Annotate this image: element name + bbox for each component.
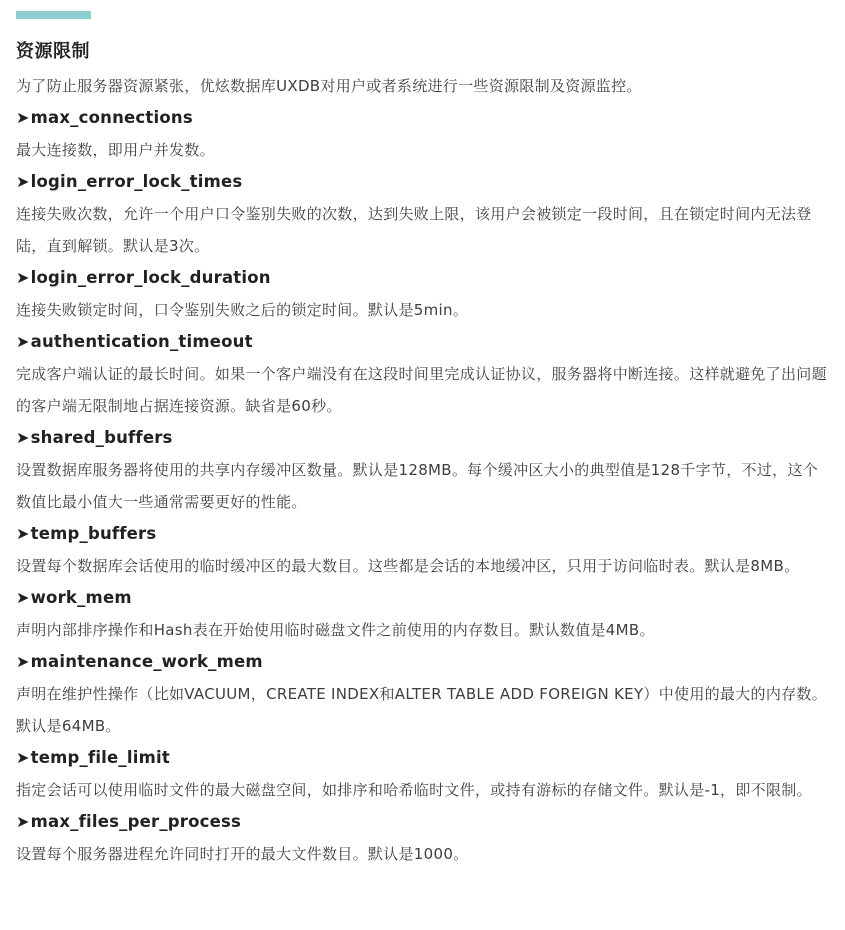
arrow-bullet-icon: ➤ bbox=[16, 262, 30, 294]
param-heading: ➤temp_file_limit bbox=[16, 742, 828, 774]
content: 为了防止服务器资源紧张，优炫数据库UXDB对用户或者系统进行一些资源限制及资源监… bbox=[16, 70, 828, 870]
arrow-bullet-icon: ➤ bbox=[16, 326, 30, 358]
param-name: login_error_lock_duration bbox=[31, 268, 271, 287]
param-block-login-error-lock-times: ➤login_error_lock_times 连接失败次数，允许一个用户口令鉴… bbox=[16, 166, 828, 262]
param-description: 指定会话可以使用临时文件的最大磁盘空间，如排序和哈希临时文件，或持有游标的存储文… bbox=[16, 774, 828, 806]
param-description: 完成客户端认证的最长时间。如果一个客户端没有在这段时间里完成认证协议，服务器将中… bbox=[16, 358, 828, 422]
param-block-work-mem: ➤work_mem 声明内部排序操作和Hash表在开始使用临时磁盘文件之前使用的… bbox=[16, 582, 828, 646]
param-block-shared-buffers: ➤shared_buffers 设置数据库服务器将使用的共享内存缓冲区数量。默认… bbox=[16, 422, 828, 518]
param-description: 设置数据库服务器将使用的共享内存缓冲区数量。默认是128MB。每个缓冲区大小的典… bbox=[16, 454, 828, 518]
param-block-maintenance-work-mem: ➤maintenance_work_mem 声明在维护性操作（比如VACUUM，… bbox=[16, 646, 828, 742]
arrow-bullet-icon: ➤ bbox=[16, 582, 30, 614]
param-heading: ➤shared_buffers bbox=[16, 422, 828, 454]
param-description: 最大连接数，即用户并发数。 bbox=[16, 134, 828, 166]
param-name: temp_file_limit bbox=[31, 748, 170, 767]
param-heading: ➤max_connections bbox=[16, 102, 828, 134]
param-block-max-connections: ➤max_connections 最大连接数，即用户并发数。 bbox=[16, 102, 828, 166]
param-block-temp-buffers: ➤temp_buffers 设置每个数据库会话使用的临时缓冲区的最大数目。这些都… bbox=[16, 518, 828, 582]
arrow-bullet-icon: ➤ bbox=[16, 742, 30, 774]
arrow-bullet-icon: ➤ bbox=[16, 518, 30, 550]
arrow-bullet-icon: ➤ bbox=[16, 646, 30, 678]
param-name: login_error_lock_times bbox=[31, 172, 243, 191]
accent-bar bbox=[16, 11, 91, 19]
param-name: shared_buffers bbox=[31, 428, 173, 447]
arrow-bullet-icon: ➤ bbox=[16, 166, 30, 198]
param-name: max_files_per_process bbox=[31, 812, 241, 831]
arrow-bullet-icon: ➤ bbox=[16, 422, 30, 454]
param-heading: ➤work_mem bbox=[16, 582, 828, 614]
param-heading: ➤maintenance_work_mem bbox=[16, 646, 828, 678]
param-block-login-error-lock-duration: ➤login_error_lock_duration 连接失败锁定时间，口令鉴别… bbox=[16, 262, 828, 326]
param-heading: ➤authentication_timeout bbox=[16, 326, 828, 358]
param-description: 设置每个服务器进程允许同时打开的最大文件数目。默认是1000。 bbox=[16, 838, 828, 870]
param-heading: ➤temp_buffers bbox=[16, 518, 828, 550]
param-description: 连接失败次数，允许一个用户口令鉴别失败的次数，达到失败上限，该用户会被锁定一段时… bbox=[16, 198, 828, 262]
param-description: 设置每个数据库会话使用的临时缓冲区的最大数目。这些都是会话的本地缓冲区，只用于访… bbox=[16, 550, 828, 582]
param-heading: ➤login_error_lock_duration bbox=[16, 262, 828, 294]
param-block-authentication-timeout: ➤authentication_timeout 完成客户端认证的最长时间。如果一… bbox=[16, 326, 828, 422]
arrow-bullet-icon: ➤ bbox=[16, 806, 30, 838]
param-name: temp_buffers bbox=[31, 524, 157, 543]
intro-paragraph: 为了防止服务器资源紧张，优炫数据库UXDB对用户或者系统进行一些资源限制及资源监… bbox=[16, 70, 828, 102]
param-description: 声明在维护性操作（比如VACUUM，CREATE INDEX和ALTER TAB… bbox=[16, 678, 828, 742]
param-name: maintenance_work_mem bbox=[31, 652, 263, 671]
section-title: 资源限制 bbox=[16, 38, 90, 66]
param-name: max_connections bbox=[31, 108, 193, 127]
param-description: 连接失败锁定时间，口令鉴别失败之后的锁定时间。默认是5min。 bbox=[16, 294, 828, 326]
param-block-max-files-per-process: ➤max_files_per_process 设置每个服务器进程允许同时打开的最… bbox=[16, 806, 828, 870]
arrow-bullet-icon: ➤ bbox=[16, 102, 30, 134]
param-heading: ➤max_files_per_process bbox=[16, 806, 828, 838]
param-block-temp-file-limit: ➤temp_file_limit 指定会话可以使用临时文件的最大磁盘空间，如排序… bbox=[16, 742, 828, 806]
param-heading: ➤login_error_lock_times bbox=[16, 166, 828, 198]
param-description: 声明内部排序操作和Hash表在开始使用临时磁盘文件之前使用的内存数目。默认数值是… bbox=[16, 614, 828, 646]
param-name: authentication_timeout bbox=[31, 332, 253, 351]
param-name: work_mem bbox=[31, 588, 132, 607]
